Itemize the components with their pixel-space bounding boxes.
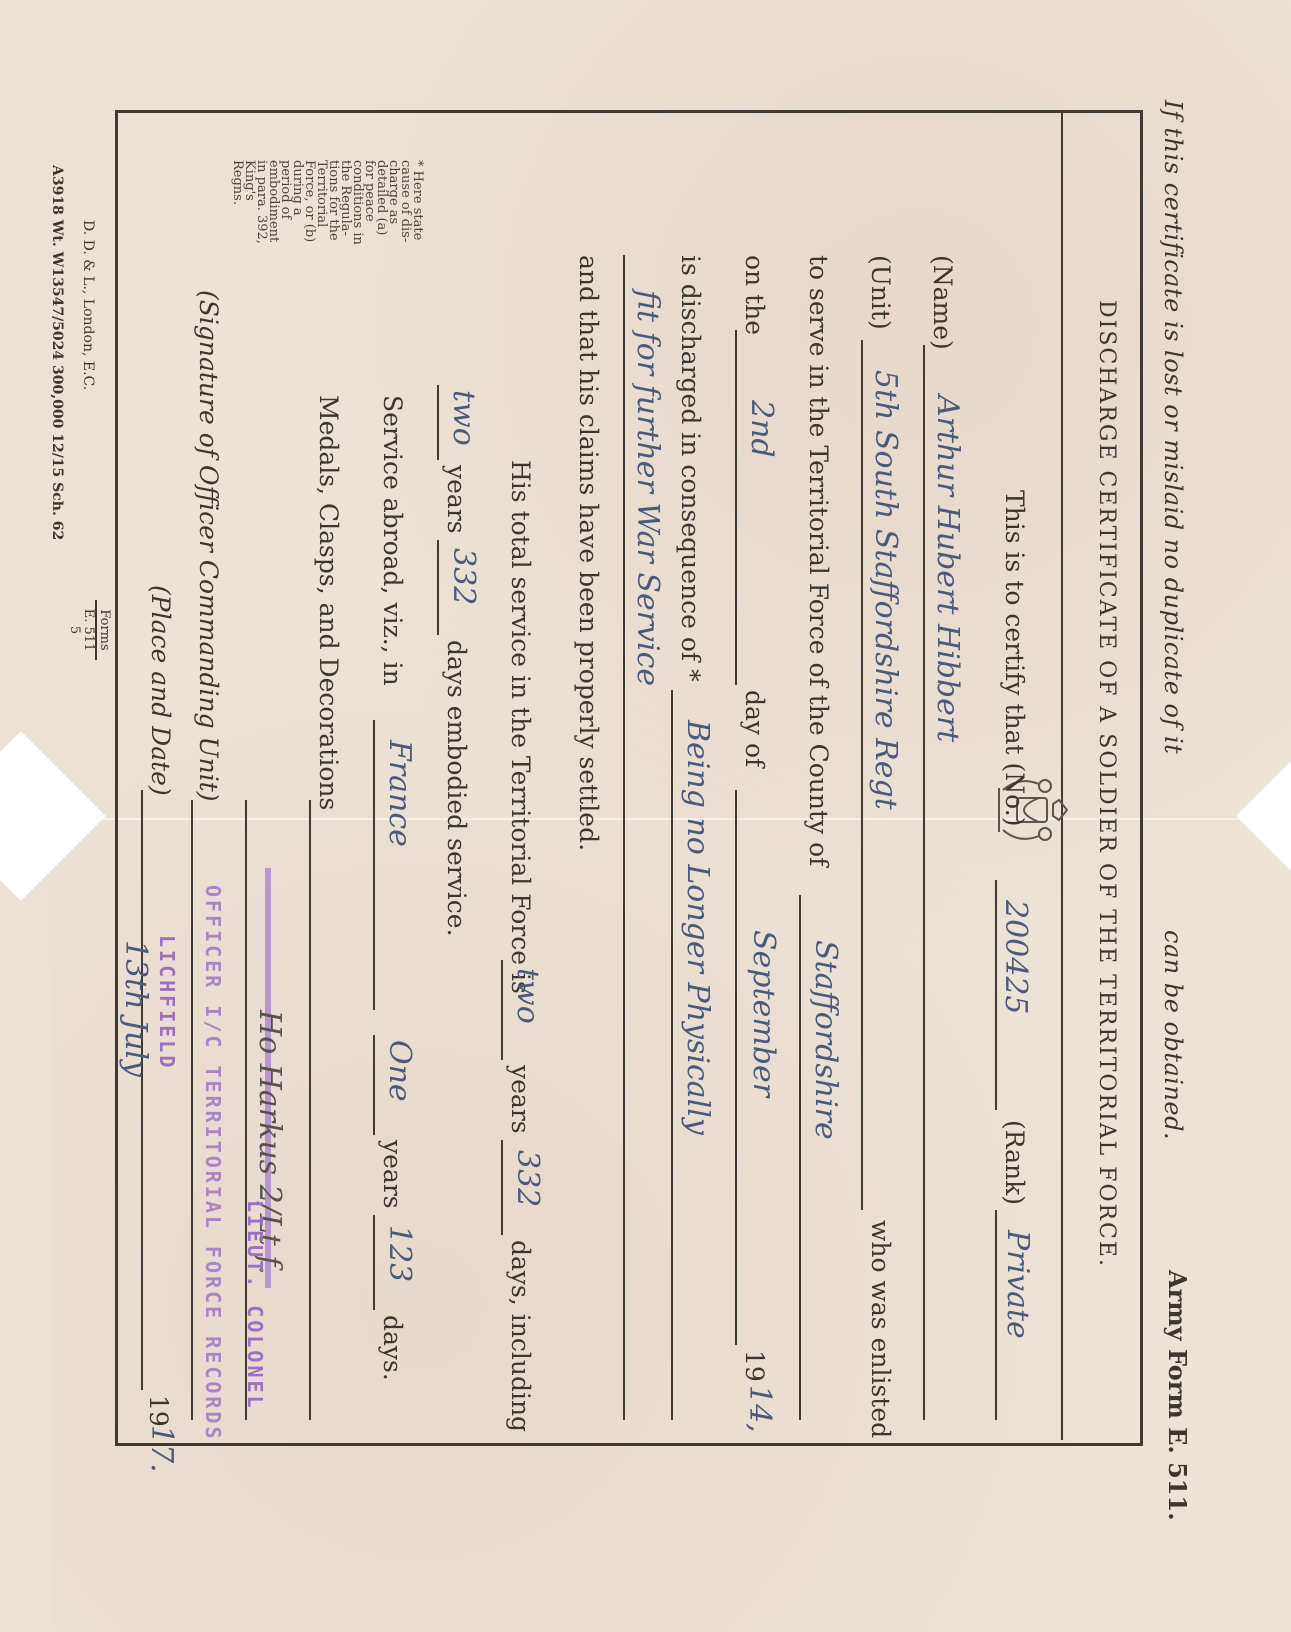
rank-label: (Rank)	[1000, 1120, 1029, 1205]
soldier-unit: 5th South Staffordshire Regt	[868, 370, 903, 810]
unit-label: (Unit)	[866, 255, 895, 330]
embodied-days-line	[437, 540, 439, 635]
enlist-month: September	[746, 930, 781, 1097]
medals-label: Medals, Clasps, and Decorations	[314, 395, 343, 810]
claims-settled-text: and that his claims have been properly s…	[574, 255, 603, 851]
month-line	[735, 790, 737, 1345]
cause-line-1	[671, 690, 673, 1420]
print-code: A3918 Wt. W13547/5024 300,000 12/15 Sch.…	[49, 165, 65, 540]
total-years-label: years	[506, 1065, 535, 1134]
certify-intro: This is to certify that (No.)	[1000, 490, 1029, 826]
number-line	[995, 880, 997, 1110]
soldier-number: 200425	[998, 900, 1033, 1015]
enlist-day: 2nd	[744, 400, 779, 458]
service-abroad-text: Service abroad, viz., in	[378, 395, 407, 686]
abroad-country-line	[373, 720, 375, 1010]
place-date-line	[141, 790, 143, 1390]
abroad-country-value: France	[382, 740, 417, 847]
abroad-years-label: years	[378, 1140, 407, 1209]
day-line	[735, 330, 737, 685]
embodied-days-value: 332	[446, 548, 481, 605]
unit-line	[861, 340, 863, 1210]
discharged-text: is discharged in consequence of *	[676, 255, 705, 682]
embodied-years-line	[437, 385, 439, 460]
discharge-cause-1: Being no Longer Physically	[680, 720, 715, 1135]
discharge-certificate-page: If this certificate is lost or mislaid n…	[0, 0, 1291, 1632]
signature-unit-line	[191, 800, 193, 1420]
day-of-label: day of	[740, 690, 769, 767]
serve-text: to serve in the Territorial Force of the…	[804, 255, 833, 866]
discharge-cause-2: fit for further War Service	[630, 290, 665, 686]
soldier-rank: Private	[1000, 1230, 1035, 1339]
place-stamp: LICHFIELD	[155, 935, 179, 1070]
abroad-years-line	[373, 1035, 375, 1135]
discharge-year-prefix: 19	[144, 1395, 173, 1427]
signature-label: (Signature of Officer Commanding Unit)	[194, 290, 223, 802]
discharge-year: 17.	[144, 1425, 179, 1473]
place-date-label: (Place and Date)	[146, 585, 175, 796]
enlist-year: 14,	[742, 1385, 777, 1433]
printer-credit: D. D. & L., London, E.C.	[80, 220, 96, 390]
rank-line	[995, 1210, 997, 1420]
stamp-office: OFFICER I/C TERRITORIAL FORCE RECORDS	[201, 885, 225, 1442]
embodied-label: days embodied service.	[442, 640, 471, 937]
abroad-days-label: days.	[378, 1315, 407, 1381]
embodied-years-label: years	[442, 465, 471, 534]
abroad-years-value: One	[382, 1040, 417, 1102]
county-value: Staffordshire	[808, 940, 843, 1140]
stamp-rank: LIEUT. COLONEL	[243, 1200, 267, 1411]
total-years-line	[501, 960, 503, 1060]
certificate-title: DISCHARGE CERTIFICATE OF A SOLDIER OF TH…	[1094, 300, 1119, 1268]
total-days-value: 332	[510, 1150, 545, 1207]
lost-certificate-note: If this certificate is lost or mislaid n…	[1159, 100, 1187, 754]
year-prefix: 19	[740, 1350, 769, 1382]
abroad-days-line	[373, 1215, 375, 1310]
name-label: (Name)	[928, 255, 957, 350]
name-line	[923, 345, 925, 1420]
embodied-years-value: two	[446, 390, 481, 446]
county-line	[799, 895, 801, 1420]
total-days-line	[501, 1140, 503, 1235]
army-form-number: Army Form E. 511.	[1163, 1270, 1192, 1521]
medals-line	[309, 800, 311, 1420]
on-the-label: on the	[740, 255, 769, 335]
soldier-name: Arthur Hubert Hibbert	[930, 395, 965, 742]
total-years-value: two	[510, 968, 545, 1024]
total-service-text: His total service in the Territorial For…	[506, 460, 535, 994]
abroad-days-value: 123	[382, 1225, 417, 1282]
enlisted-label: who was enlisted	[866, 1220, 895, 1438]
discharge-cause-footnote: * Here state cause of dis- charge as det…	[231, 160, 423, 360]
cause-line-2	[623, 255, 625, 1420]
forms-reference: Forms E. 511 5	[67, 600, 111, 660]
discharge-date: 13th July	[118, 940, 153, 1077]
days-including-label: days, including	[506, 1240, 535, 1432]
